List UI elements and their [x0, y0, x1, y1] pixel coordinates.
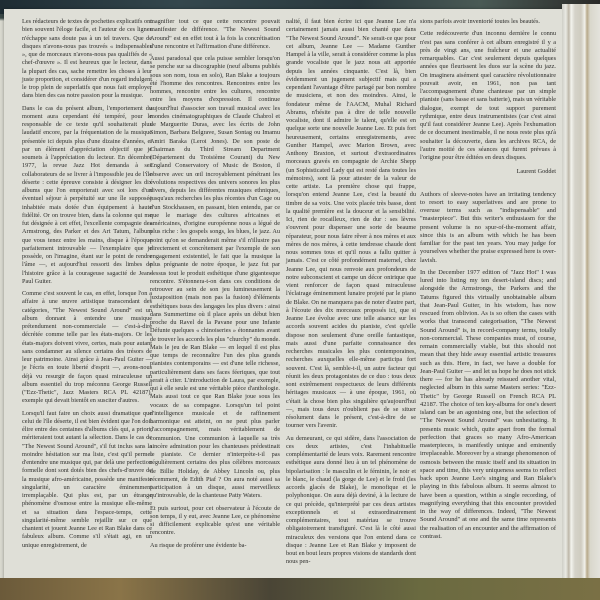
paragraph: magnifier tout ce que cette rencontre po… [150, 18, 280, 51]
paragraph: Lorsqu'il faut faire un choix aussi dram… [22, 410, 152, 550]
photo-background-bottom [0, 578, 600, 600]
paragraph: Et puis surtout, pour cet observateur à … [150, 505, 280, 538]
paragraph: Au demeurant, ce qui sidère, dans l'asso… [286, 435, 416, 567]
text-column-4: sions parfois avoir inventorié toutes le… [420, 18, 556, 545]
paragraph: Au risque de proférer une évidente ba- [150, 542, 280, 550]
text-column-2: magnifier tout ce que cette rencontre po… [150, 18, 280, 554]
author-signature: Laurent Goddet [420, 168, 556, 176]
paragraph: sions parfois avoir inventorié toutes le… [420, 18, 556, 26]
text-column-3: nalité, il faut bien écrire ici que Jean… [286, 18, 416, 571]
english-paragraph: In the December 1977 edition of "Jazz Ho… [420, 269, 556, 541]
album-spine-fold [562, 4, 600, 584]
paragraph: Les rédacteurs de textes de pochettes ex… [22, 18, 152, 101]
paragraph: Dans le cas du présent album, l'emportem… [22, 105, 152, 287]
paragraph: Comme c'est souvent le cas, en effet, lo… [22, 290, 152, 406]
paragraph: nalité, il faut bien écrire ici que Jean… [286, 18, 416, 431]
english-paragraph: Authors of sleeve-notes have an irritati… [420, 191, 556, 265]
paragraph: Aussi paradoxal que cela puisse sembler … [150, 55, 280, 501]
paragraph: Cette redécouverte d'un inconnu dernière… [420, 30, 556, 162]
text-column-1: Les rédacteurs de textes de pochettes ex… [22, 18, 152, 554]
